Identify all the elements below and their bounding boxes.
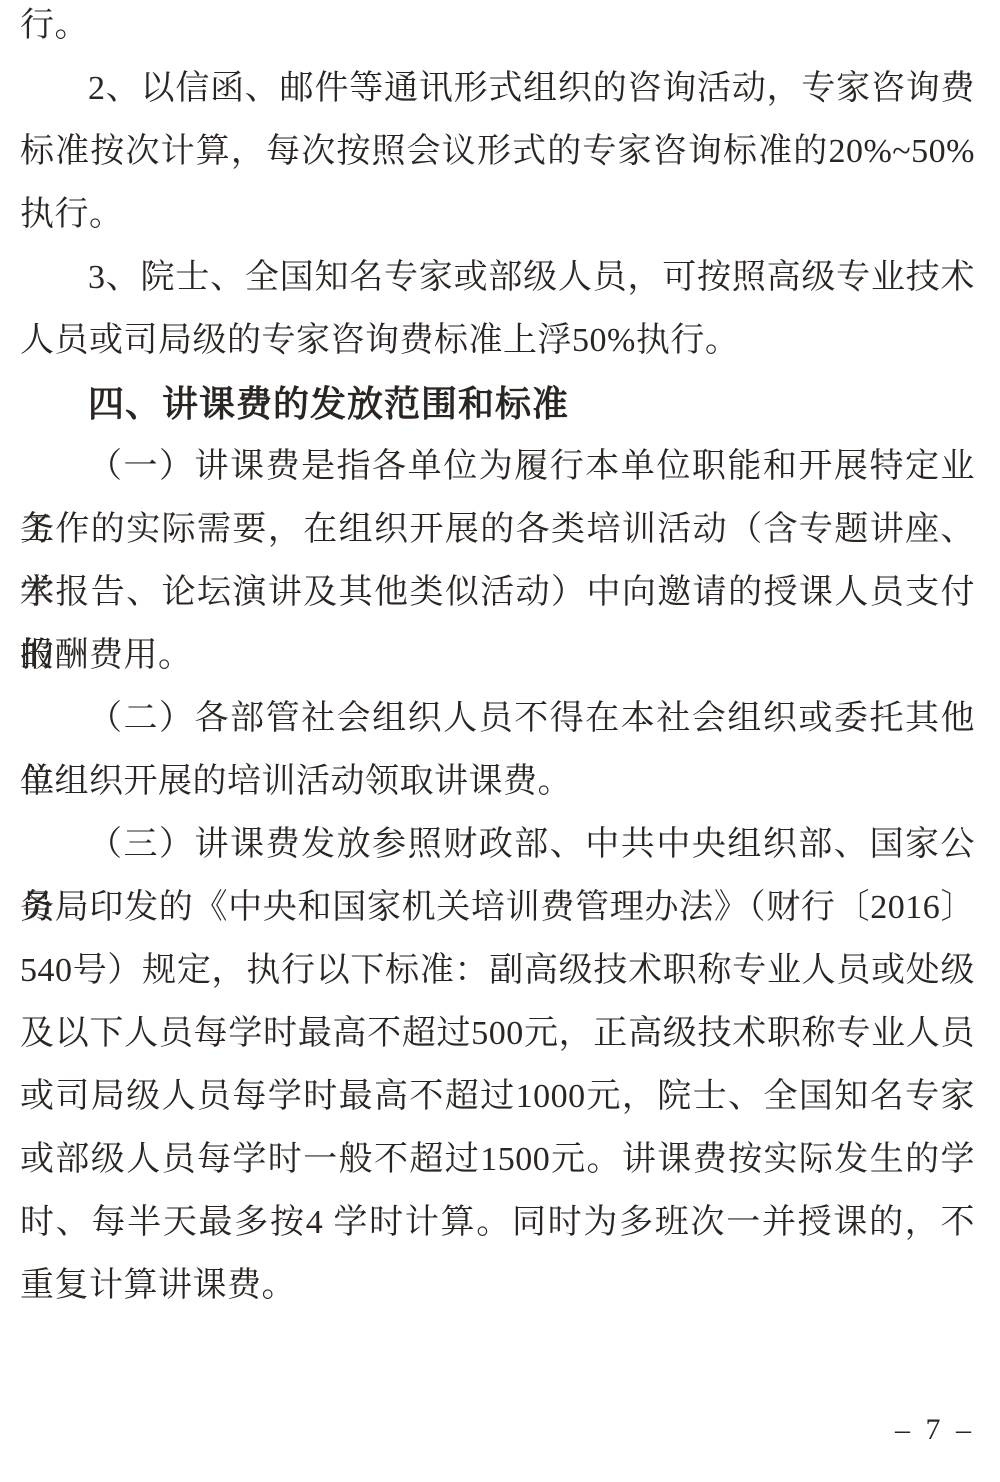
text-line: （一）讲课费是指各单位为履行本单位职能和开展特定业务 — [20, 435, 975, 498]
text-line: 3、院士、全国知名专家或部级人员，可按照高级专业技术 — [20, 246, 975, 309]
text-line: 执行。 — [20, 183, 975, 246]
page-number: – 7 – — [895, 1410, 975, 1450]
text-line: 540号）规定，执行以下标准：副高级技术职称专业人员或处级 — [20, 939, 975, 1002]
text-line: 行。 — [20, 0, 975, 57]
text-line: 位组织开展的培训活动领取讲课费。 — [20, 750, 975, 813]
text-line: 重复计算讲课费。 — [20, 1254, 975, 1317]
text-line: 及以下人员每学时最高不超过500元，正高级技术职称专业人员 — [20, 1002, 975, 1065]
text-line: 或部级人员每学时一般不超过1500元。讲课费按实际发生的学 — [20, 1128, 975, 1191]
text-line: 人员或司局级的专家咨询费标准上浮50%执行。 — [20, 309, 975, 372]
document-page: 行。2、以信函、邮件等通讯形式组织的咨询活动，专家咨询费标准按次计算，每次按照会… — [0, 0, 1000, 1482]
text-line: 员局印发的《中央和国家机关培训费管理办法》（财行〔2016〕 — [20, 876, 975, 939]
text-line: 工作的实际需要，在组织开展的各类培训活动（含专题讲座、学 — [20, 498, 975, 561]
text-line: 标准按次计算，每次按照会议形式的专家咨询标准的20%~50% — [20, 120, 975, 183]
text-line: 时、每半天最多按4 学时计算。同时为多班次一并授课的，不 — [20, 1191, 975, 1254]
section-heading: 四、讲课费的发放范围和标准 — [20, 372, 975, 435]
text-line: （三）讲课费发放参照财政部、中共中央组织部、国家公务 — [20, 813, 975, 876]
text-line: 2、以信函、邮件等通讯形式组织的咨询活动，专家咨询费 — [20, 57, 975, 120]
text-line: （二）各部管社会组织人员不得在本社会组织或委托其他单 — [20, 687, 975, 750]
text-line: 术报告、论坛演讲及其他类似活动）中向邀请的授课人员支付的 — [20, 561, 975, 624]
text-line: 或司局级人员每学时最高不超过1000元，院士、全国知名专家 — [20, 1065, 975, 1128]
text-line: 报酬费用。 — [20, 624, 975, 687]
text-column: 行。2、以信函、邮件等通讯形式组织的咨询活动，专家咨询费标准按次计算，每次按照会… — [20, 0, 975, 1317]
